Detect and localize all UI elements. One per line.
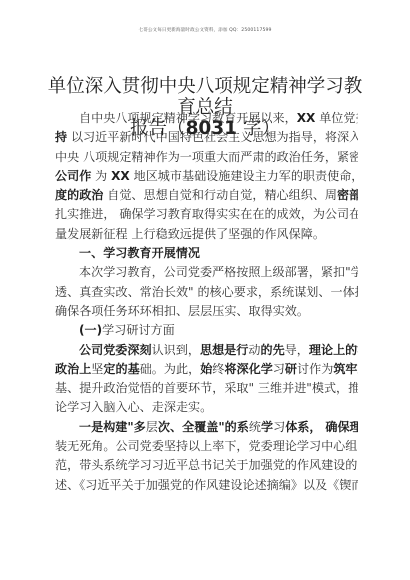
text: 以习近平新时代中国特色社会主义思想为指导，将深入贯彻 xyxy=(67,130,358,144)
paragraph-line: 扎实推进， 确保学习教育取得实实在在的成效，为公司在高质 xyxy=(55,205,358,224)
text: 述、《习近平关于加强党的作风建设论述摘编》以及《锲而不舍 xyxy=(55,478,358,492)
text: 单位党委坚 xyxy=(315,111,358,125)
text: 论学习入脑入心、走深走实。 xyxy=(55,400,212,414)
header-note: 七哥公文每日更新海量时政公文资料，添加 QQ：2500117599 xyxy=(0,27,410,33)
bold-text: 研 xyxy=(285,362,297,376)
bold-text: 一是构建"多 xyxy=(79,420,146,434)
bold-text: 理论上的清醒是 xyxy=(309,343,358,357)
text: 中央 八项规定精神作为一项重大而严肃的政治任务，紧密结合 xyxy=(55,150,358,164)
document-page: 七哥公文每日更新海量时政公文资料，添加 QQ：2500117599 单位深入贯彻… xyxy=(0,0,410,580)
bold-text: 公司党委深刻 xyxy=(79,343,152,357)
text: 量发展新征程 上行稳致远提供了坚强的作风保障。 xyxy=(55,227,325,241)
bold-text: XX xyxy=(111,169,130,183)
text: 统 xyxy=(249,420,261,434)
paragraph-line: 持 以习近平新时代中国特色社会主义思想为指导，将深入贯彻 xyxy=(55,128,358,147)
paragraph-line: 本次学习教育，公司党委严格按照上级部署，紧扣"学深悟 xyxy=(55,263,358,282)
text: 认识到， xyxy=(152,343,200,357)
paragraph-line: 述、《习近平关于加强党的作风建设论述摘编》以及《锲而不舍 xyxy=(55,476,358,495)
bold-text: 公司作 xyxy=(55,169,91,183)
bold-text: 学 xyxy=(261,420,273,434)
text: 讨作为 xyxy=(297,362,333,376)
text: 确保各项任务环环相扣、层层压实、取得实效。 xyxy=(55,304,309,318)
paragraph-line: 确保各项任务环环相扣、层层压实、取得实效。 xyxy=(55,302,358,321)
text: 基、提升政治觉悟的首要环节，采取" 三维并进"模式，推动理 xyxy=(55,381,358,395)
text: 坚 xyxy=(91,362,103,376)
text: 自觉、思想自觉和行动自觉，精心组织、周 xyxy=(103,188,337,202)
bold-text: 密部署 xyxy=(337,188,358,202)
text: 习 xyxy=(273,420,285,434)
paragraph-line: 基、提升政治觉悟的首要环节，采取" 三维并进"模式，推动理 xyxy=(55,379,358,398)
text: 动 xyxy=(248,343,260,357)
text: 层 xyxy=(146,420,158,434)
section-heading: (一)学习研讨方面 xyxy=(55,321,358,340)
bold-text: XX xyxy=(297,111,316,125)
paragraph-line: 政治上坚定的基础。为此，始终将深化学习研讨作为筑牢思想根 xyxy=(55,360,358,379)
text: 扎实推进， 确保学习教育取得实实在在的成效，为公司在高质 xyxy=(55,207,358,221)
section-heading: 一、学习教育开展情况 xyxy=(55,244,358,263)
paragraph-line: 透、真查实改、常治长效" 的核心要求，系统谋划、一体推进， xyxy=(55,283,358,302)
paragraph-line: 公司党委深刻认识到，思想是行动的先导，理论上的清醒是 xyxy=(55,341,358,360)
paragraph-line: 论学习入脑入心、走深走实。 xyxy=(55,398,358,417)
bold-text: 持 xyxy=(55,130,67,144)
paragraph-line: 范，带头系统学习习近平总书记关于加强党的作风建设的重要论 xyxy=(55,456,358,475)
paragraph-line: 自中央八项规定精神学习教育开展以来，XX 单位党委坚 xyxy=(55,109,358,128)
bold-text: 一、学习教育开展情况 xyxy=(79,246,200,260)
bold-text: 确保理 xyxy=(325,420,358,434)
text: 为 xyxy=(91,169,111,183)
text: 范，带头系统学习习近平总书记关于加强党的作风建设的重要论 xyxy=(55,458,358,472)
paragraph-line: 中央 八项规定精神作为一项重大而严肃的政治任务，紧密结合 xyxy=(55,148,358,167)
paragraph-line: 度的政治 自觉、思想自觉和行动自觉，精心组织、周密部署、 xyxy=(55,186,358,205)
bold-text: 思想是行 xyxy=(200,343,248,357)
text: 学习研讨方面 xyxy=(102,323,175,337)
text: 终 xyxy=(212,362,224,376)
paragraph-line: 一是构建"多层次、全覆盖"的系统学习体系， 确保理论武 xyxy=(55,418,358,437)
bold-text: (一) xyxy=(79,323,102,337)
bold-text: 将深化学 xyxy=(224,362,272,376)
bold-text: 始 xyxy=(200,362,212,376)
text: 透、真查实改、常治长效" 的核心要求，系统谋划、一体推进， xyxy=(55,285,358,299)
bold-text: 筑牢思想根 xyxy=(333,362,358,376)
paragraph-line: 装无死角。公司党委坚持以上率下，党委理论学习中心组率先垂 xyxy=(55,437,358,456)
text: 自中央八项规定精神学习教育开展以来， xyxy=(79,111,297,125)
paragraph-line: 量发展新征程 上行稳致远提供了坚强的作风保障。 xyxy=(55,225,358,244)
text: 本次学习教育，公司党委严格按照上级部署，紧扣"学深悟 xyxy=(79,265,358,279)
text: 装无死角。公司党委坚持以上率下，党委理论学习中心组率先垂 xyxy=(55,439,358,453)
bold-text: 的先 xyxy=(260,343,284,357)
bold-text: 定的基 xyxy=(103,362,139,376)
bold-text: 体系， xyxy=(285,420,321,434)
document-body: 自中央八项规定精神学习教育开展以来，XX 单位党委坚持 以习近平新时代中国特色社… xyxy=(55,109,358,495)
text: 地区城市基础设施建设主力军的职责使命， 以高 xyxy=(130,169,358,183)
text: 习 xyxy=(273,362,285,376)
bold-text: 政治上 xyxy=(55,362,91,376)
text: 础。为此， xyxy=(140,362,200,376)
paragraph-line: 公司作 为 XX 地区城市基础设施建设主力军的职责使命， 以高 xyxy=(55,167,358,186)
text: 导， xyxy=(285,343,309,357)
bold-text: 度的政治 xyxy=(55,188,103,202)
bold-text: 次、全覆盖"的系 xyxy=(158,420,249,434)
